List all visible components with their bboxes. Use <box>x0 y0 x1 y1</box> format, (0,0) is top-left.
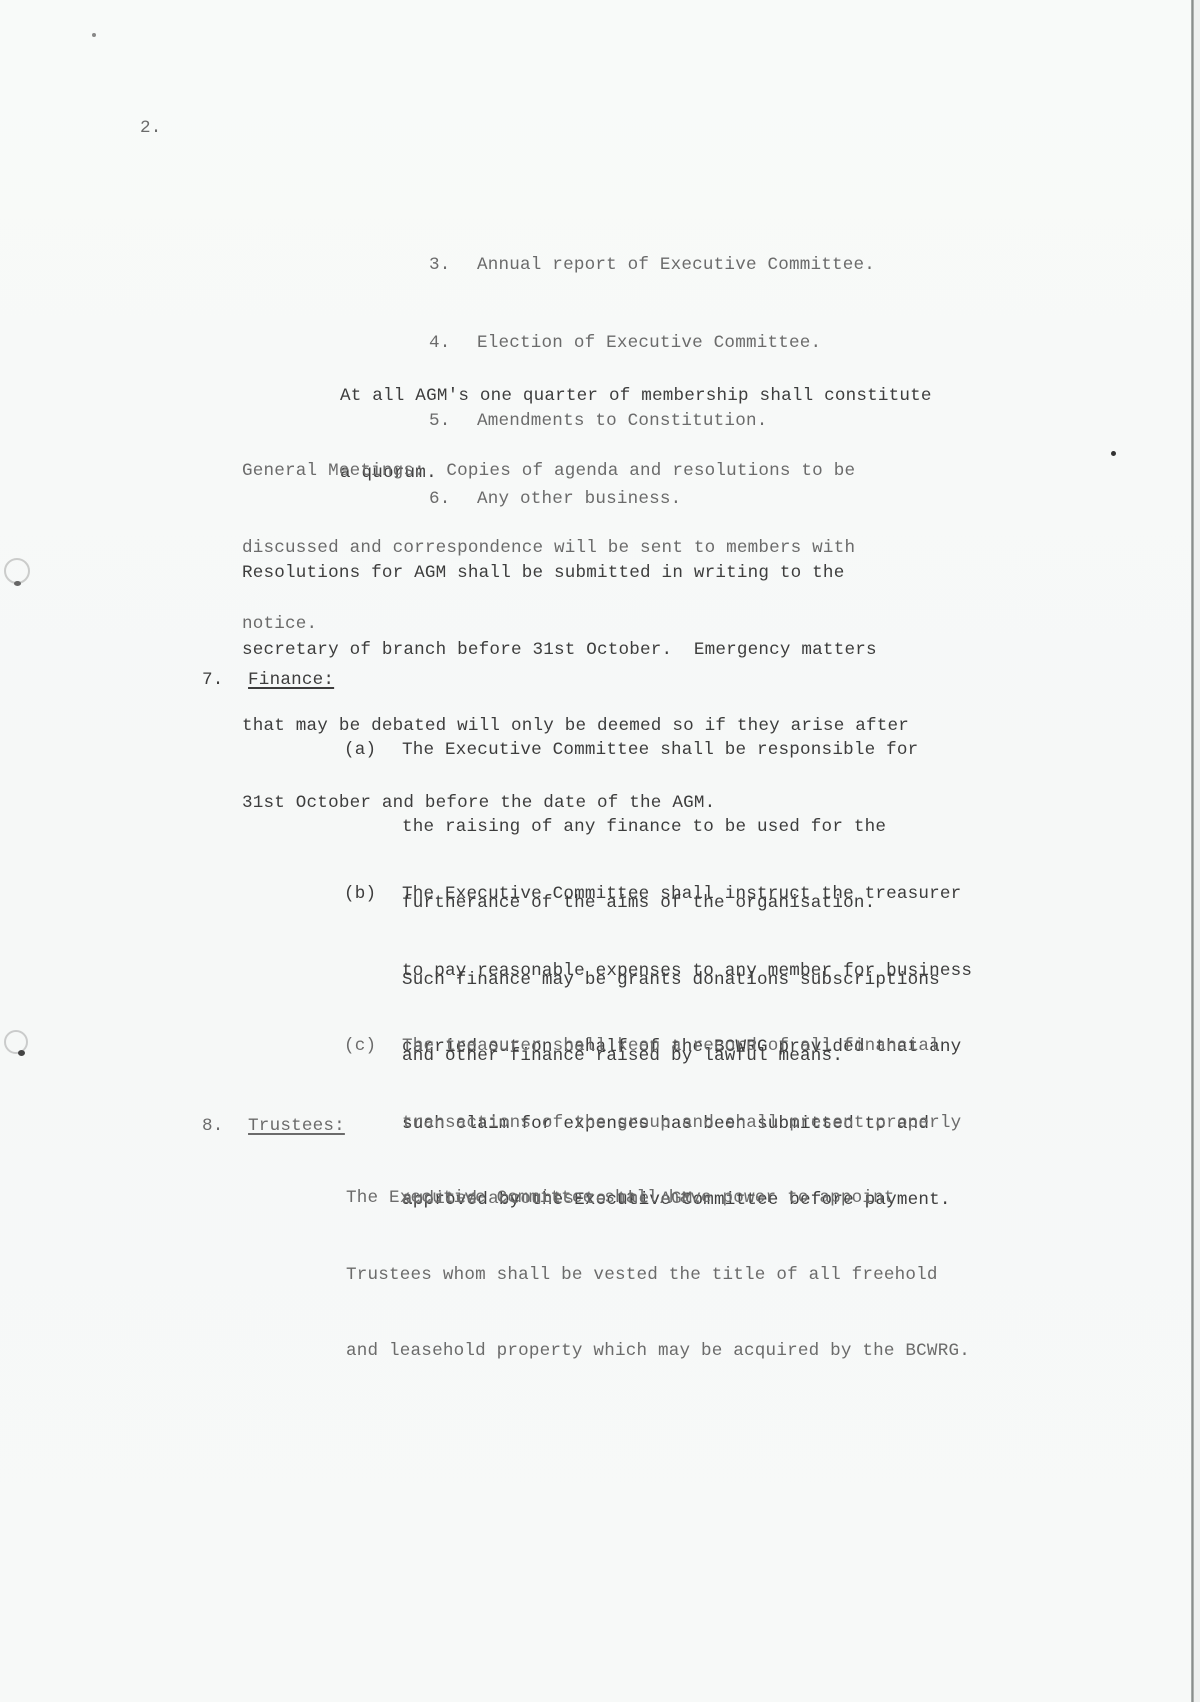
document-page: 2. 3.Annual report of Executive Committe… <box>0 0 1192 1702</box>
stray-mark <box>1111 451 1116 456</box>
stray-mark <box>14 581 21 586</box>
clause-label: (a) <box>344 738 402 764</box>
background-strip <box>1194 0 1200 1702</box>
stray-mark <box>18 1050 25 1056</box>
clause-label: (c) <box>344 1034 402 1060</box>
section-number: 8. <box>202 1114 248 1140</box>
section-8-heading: 8.Trustees: <box>159 1088 345 1165</box>
stray-mark <box>92 33 96 37</box>
clause-label: (b) <box>344 882 402 908</box>
section-7-heading: 7.Finance: <box>159 642 334 719</box>
agenda-item: 3.Annual report of Executive Committee. <box>429 252 875 278</box>
page-number: 2. <box>140 116 162 142</box>
section-title: Finance: <box>248 670 334 690</box>
section-title: Trustees: <box>248 1116 345 1136</box>
section-number: 7. <box>202 668 248 694</box>
trustees-paragraph: The Executive Committee shall have power… <box>346 1135 970 1416</box>
